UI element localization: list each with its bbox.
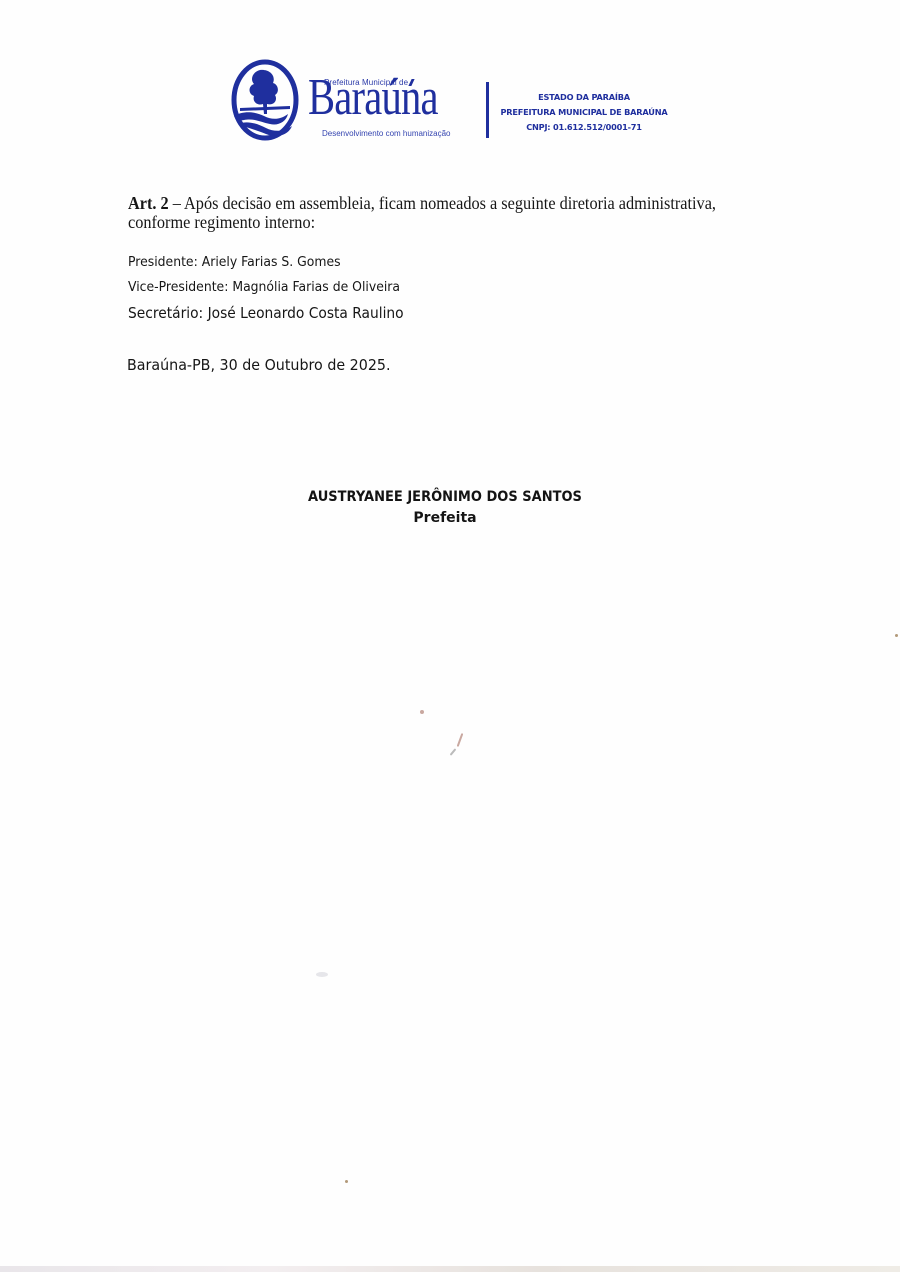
board-list: Presidente: Ariely Farias S. Gomes Vice-… — [128, 254, 428, 329]
cnpj: CNPJ: 01.612.512/0001-71 — [494, 120, 674, 135]
article-label: Art. 2 — [128, 193, 169, 213]
signature-block: AUSTRYANEE JERÔNIMO DOS SANTOS Prefeita — [250, 486, 640, 528]
brand-wordmark: Prefeitura Municipal de Baraúna Desenvol… — [308, 58, 488, 144]
prefecture-name: PREFEITURA MUNICIPAL DE BARAÚNA — [494, 105, 674, 120]
member-name: Magnólia Farias de Oliveira — [232, 279, 400, 295]
scan-speck — [457, 733, 464, 747]
signatory-title: Prefeita — [250, 508, 640, 528]
board-member-vice-president: Vice-Presidente: Magnólia Farias de Oliv… — [128, 279, 404, 304]
article-paragraph: Art. 2 – Após decisão em assembleia, fic… — [128, 194, 742, 232]
scan-speck — [345, 1180, 348, 1183]
document-page: Prefeitura Municipal de Baraúna Desenvol… — [0, 0, 900, 1272]
board-member-president: Presidente: Ariely Farias S. Gomes — [128, 254, 404, 279]
municipal-emblem-icon — [230, 58, 300, 142]
member-name: Ariely Farias S. Gomes — [202, 254, 341, 270]
role-label: Secretário: — [128, 304, 203, 322]
state-name: ESTADO DA PARAÍBA — [494, 90, 674, 105]
article-text: – Após decisão em assembleia, ficam nome… — [128, 193, 716, 232]
scan-speck — [450, 748, 457, 755]
scan-speck — [420, 710, 424, 714]
letterhead-divider — [486, 82, 489, 138]
signatory-name: AUSTRYANEE JERÔNIMO DOS SANTOS — [264, 486, 627, 508]
scan-bottom-edge — [0, 1266, 900, 1272]
brand-tagline: Desenvolvimento com humanização — [322, 129, 451, 138]
place-and-date: Baraúna-PB, 30 de Outubro de 2025. — [127, 356, 391, 374]
scan-speck — [316, 972, 328, 977]
role-label: Vice-Presidente: — [128, 279, 228, 295]
scan-speck — [895, 634, 898, 637]
board-member-secretary: Secretário: José Leonardo Costa Raulino — [128, 304, 404, 329]
role-label: Presidente: — [128, 254, 198, 270]
letterhead-institution: ESTADO DA PARAÍBA PREFEITURA MUNICIPAL D… — [494, 90, 674, 135]
letterhead: Prefeitura Municipal de Baraúna Desenvol… — [230, 58, 680, 144]
member-name: José Leonardo Costa Raulino — [208, 304, 404, 322]
brand-name: Baraúna — [308, 72, 438, 124]
